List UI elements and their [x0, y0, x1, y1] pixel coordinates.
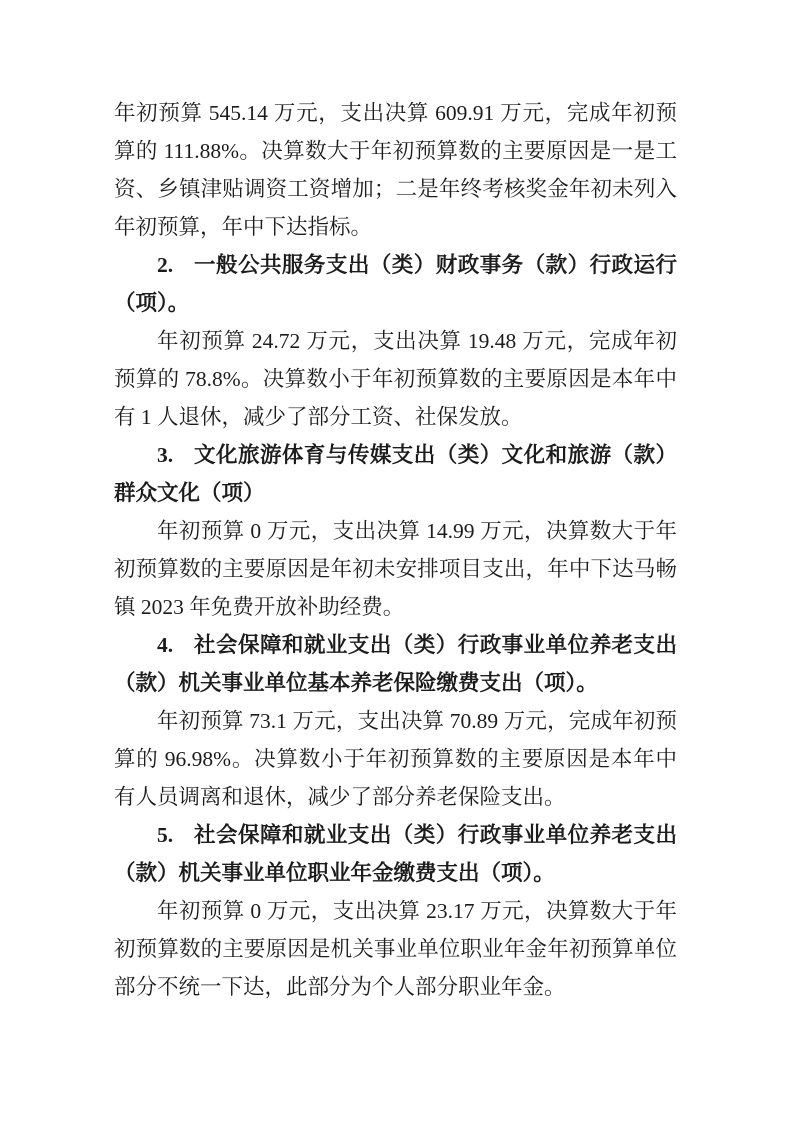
document-content: 年初预算 545.14 万元，支出决算 609.91 万元，完成年初预算的 11… — [114, 94, 677, 1006]
section-title: 社会保障和就业支出（类）行政事业单位养老支出（款）机关事业单位职业年金缴费支出（… — [114, 823, 677, 885]
paragraph-continuation: 年初预算 545.14 万元，支出决算 609.91 万元，完成年初预算的 11… — [114, 94, 677, 246]
section-heading-5: 5.社会保障和就业支出（类）行政事业单位养老支出（款）机关事业单位职业年金缴费支… — [114, 816, 677, 892]
paragraph-section-5: 年初预算 0 万元，支出决算 23.17 万元，决算数大于年初预算数的主要原因是… — [114, 892, 677, 1006]
section-heading-2: 2.一般公共服务支出（类）财政事务（款）行政运行（项）。 — [114, 246, 677, 322]
section-heading-3: 3.文化旅游体育与传媒支出（类）文化和旅游（款）群众文化（项） — [114, 436, 677, 512]
section-title: 一般公共服务支出（类）财政事务（款）行政运行（项）。 — [114, 253, 677, 315]
paragraph-section-3: 年初预算 0 万元，支出决算 14.99 万元，决算数大于年初预算数的主要原因是… — [114, 512, 677, 626]
section-number: 5. — [157, 823, 173, 847]
section-title: 社会保障和就业支出（类）行政事业单位养老支出（款）机关事业单位基本养老保险缴费支… — [114, 633, 677, 695]
section-number: 2. — [157, 253, 173, 277]
section-number: 4. — [157, 633, 173, 657]
section-number: 3. — [157, 443, 173, 467]
section-heading-4: 4.社会保障和就业支出（类）行政事业单位养老支出（款）机关事业单位基本养老保险缴… — [114, 626, 677, 702]
section-title: 文化旅游体育与传媒支出（类）文化和旅游（款）群众文化（项） — [114, 443, 677, 505]
paragraph-section-4: 年初预算 73.1 万元，支出决算 70.89 万元，完成年初预算的 96.98… — [114, 702, 677, 816]
document-page: 年初预算 545.14 万元，支出决算 609.91 万元，完成年初预算的 11… — [0, 0, 793, 1122]
paragraph-section-2: 年初预算 24.72 万元，支出决算 19.48 万元，完成年初预算的 78.8… — [114, 322, 677, 436]
